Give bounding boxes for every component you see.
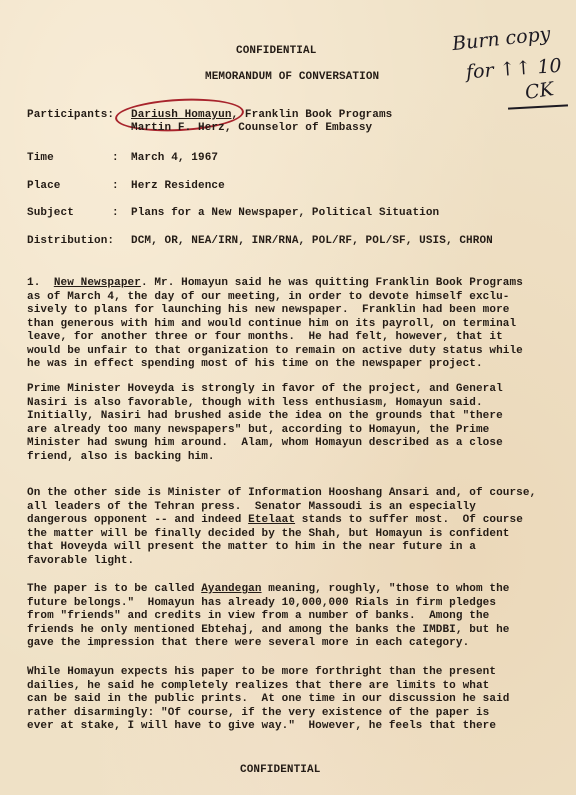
text-line: Prime Minister Hoveyda is strongly in fa… [27, 383, 547, 397]
text-line: Minister had swung him around. Alam, who… [27, 437, 547, 451]
meta-colon: : [112, 180, 119, 192]
meta-value: DCM, OR, NEA/IRN, INR/RNA, POL/RF, POL/S… [131, 235, 493, 247]
meta-colon: : [112, 207, 119, 219]
text-line: can be said in the public prints. At one… [27, 693, 547, 707]
text-line: friend, also is backing him. [27, 451, 547, 465]
text-line: that Hoveyda will present the matter to … [27, 541, 547, 555]
text-line: he was in effect spending most of his ti… [27, 358, 547, 372]
handwritten-note-line-1: Burn copy [451, 23, 551, 55]
text-line: The paper is to be called Ayandegan mean… [27, 583, 547, 597]
memorandum-page: CONFIDENTIAL MEMORANDUM OF CONVERSATION … [0, 0, 576, 795]
classification-footer: CONFIDENTIAL [240, 764, 320, 776]
meta-label: Distribution: [27, 235, 114, 247]
participant-name: Dariush Homayun [131, 109, 232, 121]
text-line: ever at stake, I will have to give way."… [27, 720, 547, 734]
meta-colon: : [112, 152, 119, 164]
participant-affiliation: , Counselor of Embassy [225, 122, 372, 134]
text-line: Initially, Nasiri had brushed aside the … [27, 410, 547, 424]
text-line: leave, for another three or four months.… [27, 331, 547, 345]
meta-label: Time [27, 152, 54, 164]
meta-value: Plans for a New Newspaper, Political Sit… [131, 207, 439, 219]
participant-1: Dariush Homayun, Franklin Book Programs [131, 109, 392, 121]
text-line: gave the impression that there were seve… [27, 637, 547, 651]
text-line: friends he only mentioned Ebtehaj, and a… [27, 624, 547, 638]
paragraph-1: 1. New Newspaper. Mr. Homayun said he wa… [27, 277, 547, 372]
text-line: are already too many newspapers" but, ac… [27, 424, 547, 438]
classification-header: CONFIDENTIAL [236, 45, 316, 57]
document-title: MEMORANDUM OF CONVERSATION [205, 71, 379, 83]
participant-affiliation: , Franklin Book Programs [232, 109, 393, 121]
handwritten-underline [508, 104, 568, 109]
meta-label: Place [27, 180, 61, 192]
handwritten-initials: CK [524, 78, 556, 104]
text-line: Nasiri is also favorable, though with le… [27, 397, 547, 411]
participant-2: Martin F. Herz, Counselor of Embassy [131, 122, 372, 134]
paragraph-5: While Homayun expects his paper to be mo… [27, 666, 547, 734]
paragraph-3: On the other side is Minister of Informa… [27, 487, 547, 568]
text-line: While Homayun expects his paper to be mo… [27, 666, 547, 680]
text-line: than generous with him and would continu… [27, 318, 547, 332]
paragraph-2: Prime Minister Hoveyda is strongly in fa… [27, 383, 547, 464]
text-line: would be unfair to that organization to … [27, 345, 547, 359]
meta-value: March 4, 1967 [131, 152, 218, 164]
paragraph-4: The paper is to be called Ayandegan mean… [27, 583, 547, 651]
text-line: favorable light. [27, 555, 547, 569]
text-line: rather disarmingly: "Of course, if the v… [27, 707, 547, 721]
text-line: On the other side is Minister of Informa… [27, 487, 547, 501]
meta-label: Subject [27, 207, 74, 219]
text-line: from "friends" and credits in view from … [27, 610, 547, 624]
participants-label: Participants: [27, 109, 114, 121]
text-line: dangerous opponent -- and indeed Etelaat… [27, 514, 547, 528]
text-line: all leaders of the Tehran press. Senator… [27, 501, 547, 515]
text-line: the matter will be finally decided by th… [27, 528, 547, 542]
text-line: dailies, he said he completely realizes … [27, 680, 547, 694]
text-line: sively to plans for launching his new ne… [27, 304, 547, 318]
text-line: future belongs." Homayun has already 10,… [27, 597, 547, 611]
text-line: 1. New Newspaper. Mr. Homayun said he wa… [27, 277, 547, 291]
meta-value: Herz Residence [131, 180, 225, 192]
text-line: as of March 4, the day of our meeting, i… [27, 291, 547, 305]
participant-name: Martin F. Herz [131, 122, 225, 134]
